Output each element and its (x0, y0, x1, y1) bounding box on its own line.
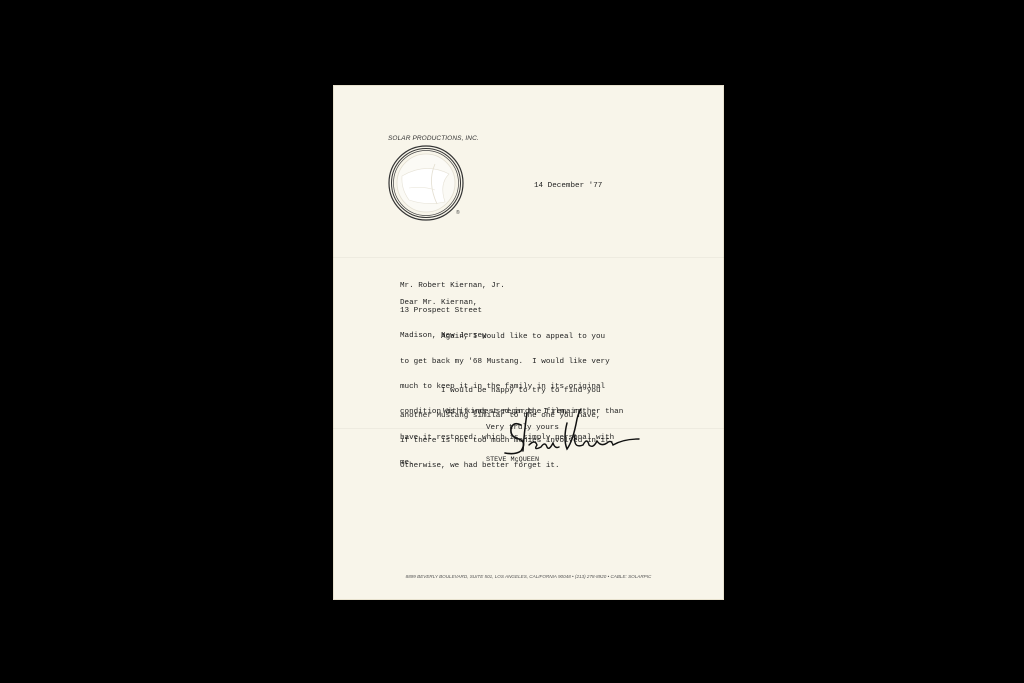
letterhead-footer: 8899 BEVERLY BOULEVARD, SUITE 501, LOS A… (333, 574, 724, 579)
company-name: SOLAR PRODUCTIONS, INC. (388, 135, 479, 142)
signer-name: STEVE McQUEEN (486, 456, 539, 464)
handwritten-signature-icon (491, 405, 641, 457)
registered-mark: ® (456, 210, 460, 216)
letter-page: SOLAR PRODUCTIONS, INC. ® 14 December '7… (333, 85, 724, 600)
text-line: Again, I would like to appeal to you (400, 333, 623, 341)
text-line: I would be happy to try to find you (400, 387, 614, 395)
salutation: Dear Mr. Kiernan, (400, 299, 477, 307)
text-line: to get back my '68 Mustang. I would like… (400, 358, 623, 366)
fold-line (333, 257, 724, 258)
recipient-name: Mr. Robert Kiernan, Jr. (400, 282, 505, 290)
embossed-seal-icon (387, 144, 465, 222)
recipient-street: 13 Prospect Street (400, 307, 505, 315)
letter-date: 14 December '77 (534, 182, 602, 190)
